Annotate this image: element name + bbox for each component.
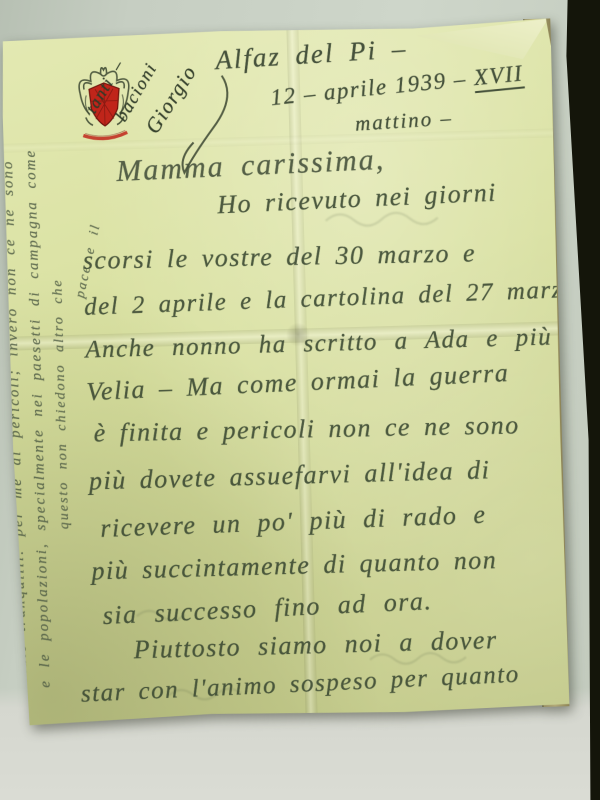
handwriting-line: più dovete assuefarvi all'idea di: [89, 455, 491, 496]
handwriting-line: del 2 aprile e la cartolina del 27 marzo…: [84, 275, 600, 322]
handwriting-line: più succintamente di quanto non: [91, 545, 498, 586]
heading-date-main: 12 – aprile 1939 –: [269, 66, 467, 110]
handwriting-line: star con l'animo sospeso per quanto: [80, 661, 520, 709]
heading-place: Alfaz del Pi –: [214, 33, 408, 76]
letter-paper-wrapper: Alfaz del Pi – 12 – aprile 1939 – XVII m…: [0, 18, 569, 725]
handwriting-line: scorsi le vostre del 30 marzo e: [83, 238, 477, 276]
handwriting-line: Piuttosto siamo noi a dover: [133, 625, 498, 665]
folded-corner: [416, 19, 549, 63]
handwriting-line: sia successo fino ad ora.: [102, 586, 433, 631]
handwriting-line: è finita e pericoli non ce ne sono: [93, 410, 520, 448]
handwriting-line: Ho ricevuto nei giorni: [217, 178, 498, 221]
handwriting-line: Velia – Ma come ormai la guerra: [86, 358, 510, 407]
heading-date-era: XVII: [473, 60, 525, 93]
letter-paper: Alfaz del Pi – 12 – aprile 1939 – XVII m…: [0, 18, 569, 725]
heading-time: mattino –: [354, 106, 453, 137]
handwriting-line: ricevere un po' più di rado e: [100, 500, 487, 544]
margin-note-line: questo non chiedono altro che: [50, 278, 73, 529]
